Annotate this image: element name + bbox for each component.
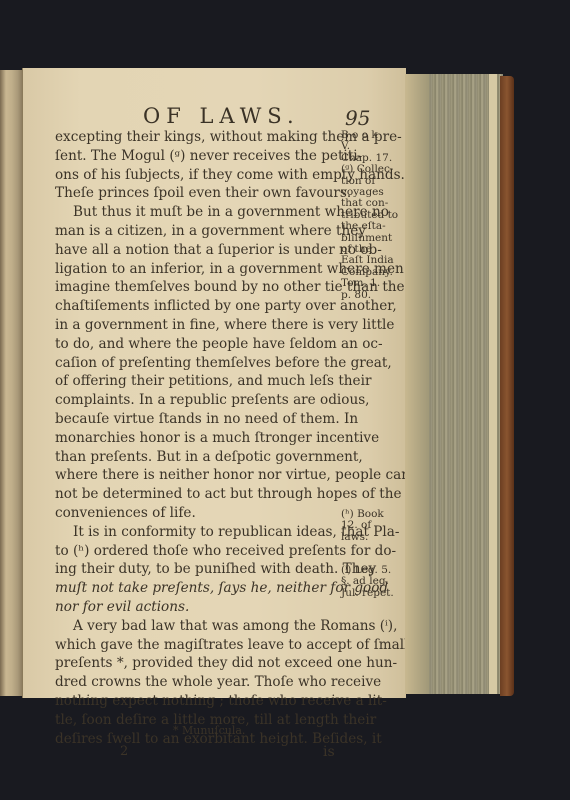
margin-note-line: p. 80. — [341, 290, 403, 301]
margin-note: B o o kV.Chap. 17.(ᵍ) Collec-tion ofvoya… — [341, 130, 403, 301]
text-line: where there is neither honor nor virtue,… — [55, 466, 330, 485]
text-line: ing their duty, to be puniſhed with deat… — [55, 560, 330, 579]
text-line: conveniences of life. — [55, 504, 330, 523]
body-text: excepting their kings, without making th… — [55, 128, 330, 748]
text-line: preſents *, provided they did not exceed… — [55, 654, 330, 673]
text-line: excepting their kings, without making th… — [55, 128, 330, 147]
running-title: OF LAWS. — [143, 104, 300, 128]
text-line: But thus it muſt be in a government wher… — [55, 203, 330, 222]
text-line: imagine themſelves bound by no other tie… — [55, 278, 330, 297]
text-line: have all a notion that a ſuperior is und… — [55, 241, 330, 260]
page-fore-edge — [405, 74, 503, 694]
text-line: nothing expect nothing ; thoſe who recei… — [55, 692, 330, 711]
text-line: man is a citizen, in a government where … — [55, 222, 330, 241]
footnote: * Munuſcula. — [173, 724, 245, 737]
margin-note-line: B o o k — [341, 130, 403, 141]
text-line: becauſe virtue ſtands in no need of them… — [55, 410, 330, 429]
text-line: chaſtiſements inflicted by one party ove… — [55, 297, 330, 316]
text-line: complaints. In a republic preſents are o… — [55, 391, 330, 410]
text-line: to do, and where the people have ſeldom … — [55, 335, 330, 354]
text-line: not be determined to act but through hop… — [55, 485, 330, 504]
text-line: ſent. The Mogul (ᵍ) never receives the p… — [55, 147, 330, 166]
text-line: in a government in fine, where there is … — [55, 316, 330, 335]
text-line: caſion of preſenting themſelves before t… — [55, 354, 330, 373]
margin-note: (ⁱ) Leg. 5.§. ad leg.Jul. repet. — [341, 565, 403, 599]
text-line: ons of his ſubjects, if they come with e… — [55, 166, 330, 185]
margin-note-line: the eſta- — [341, 221, 403, 232]
text-line: nor for evil actions. — [55, 598, 330, 617]
text-line: It is in conformity to republican ideas,… — [55, 523, 330, 542]
text-line: muſt not take preſents, ſays he, neither… — [55, 579, 330, 598]
left-page-edge — [0, 70, 22, 696]
page-number: 95 — [345, 106, 370, 130]
margin-note-line: Jul. repet. — [341, 588, 403, 599]
text-line: dred crowns the whole year. Thoſe who re… — [55, 673, 330, 692]
text-line: ligation to an inferior, in a government… — [55, 260, 330, 279]
signature-mark: 2 — [120, 744, 128, 759]
book-page: OF LAWS. 95 excepting their kings, witho… — [22, 68, 406, 698]
text-line: Theſe princes ſpoil even their own favou… — [55, 184, 330, 203]
text-line: monarchies honor is a much ſtronger ince… — [55, 429, 330, 448]
catchword: is — [323, 744, 335, 760]
book-cover-edge — [500, 76, 514, 696]
text-line: which gave the magiſtrates leave to acce… — [55, 636, 330, 655]
text-line: of offering their petitions, and much le… — [55, 372, 330, 391]
margin-note-line: Tom. 1. — [341, 278, 403, 289]
text-line: than preſents. But in a deſpotic governm… — [55, 448, 330, 467]
margin-note-line: laws. — [341, 532, 403, 543]
text-line: to (ʰ) ordered thoſe who received preſen… — [55, 542, 330, 561]
text-line: A very bad law that was among the Romans… — [55, 617, 330, 636]
margin-note-line: (ᵍ) Collec- — [341, 164, 403, 175]
open-book: OF LAWS. 95 excepting their kings, witho… — [0, 68, 510, 696]
margin-note: (ʰ) Book12. oflaws. — [341, 509, 403, 543]
